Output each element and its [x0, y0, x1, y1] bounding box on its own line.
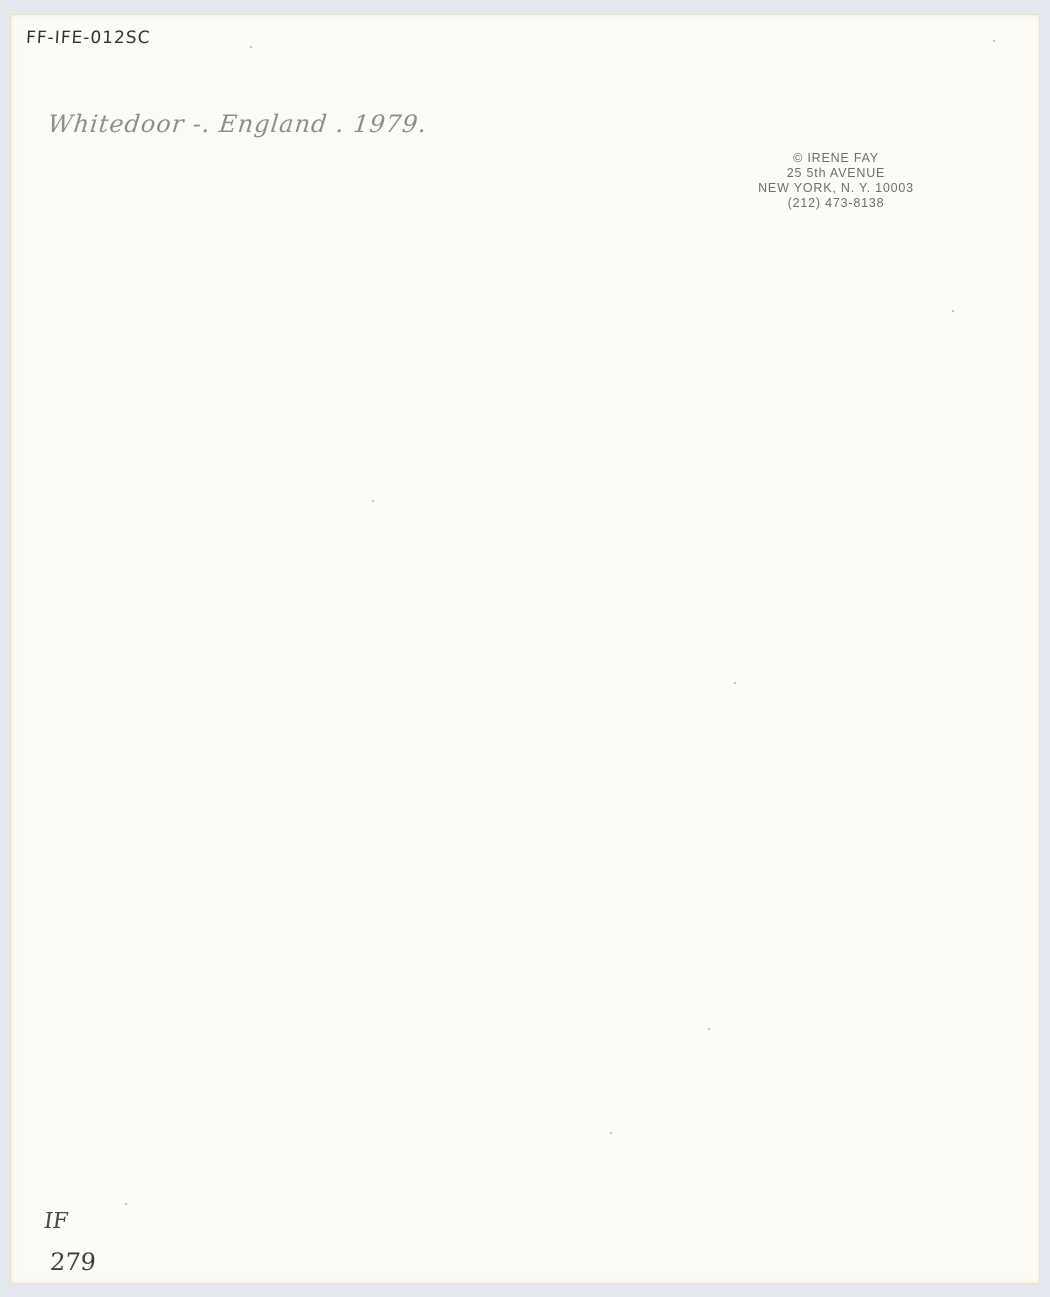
paper-speck — [372, 500, 374, 502]
paper-speck — [708, 1028, 710, 1030]
paper-speck — [125, 1203, 127, 1205]
caption-annotation: Whitedoor -. England . 1979. — [47, 110, 429, 138]
paper-speck — [734, 682, 736, 684]
stamp-line-phone: (212) 473-8138 — [716, 196, 956, 211]
catalog-id-annotation: FF-IFE-012SC — [25, 28, 151, 48]
photographer-stamp: © IRENE FAY 25 5th AVENUE NEW YORK, N. Y… — [716, 151, 956, 211]
paper-speck — [610, 1132, 612, 1134]
paper-speck — [993, 40, 995, 42]
paper-speck — [952, 310, 954, 312]
photo-back-card: FF-IFE-012SC Whitedoor -. England . 1979… — [10, 14, 1040, 1284]
stamp-line-street: 25 5th AVENUE — [716, 166, 956, 181]
inventory-number: 279 — [49, 1248, 97, 1276]
stamp-line-copyright: © IRENE FAY — [716, 151, 956, 166]
stamp-line-city: NEW YORK, N. Y. 10003 — [716, 181, 956, 196]
inventory-initials: IF — [42, 1209, 69, 1234]
paper-speck — [250, 46, 252, 48]
